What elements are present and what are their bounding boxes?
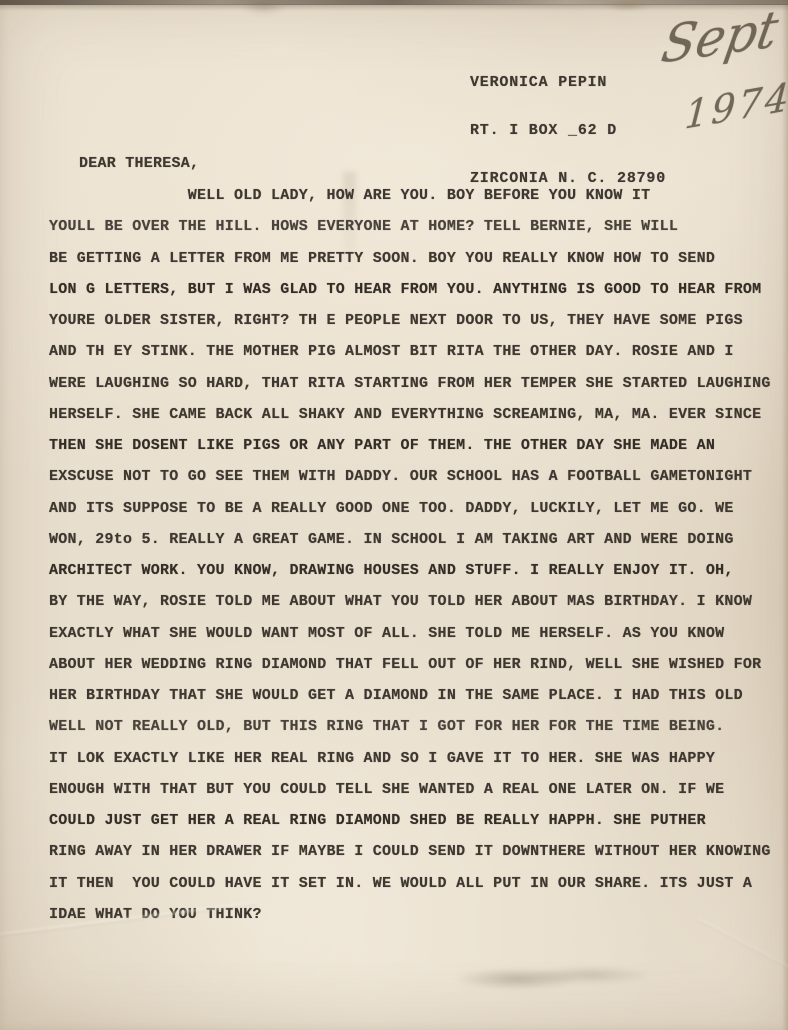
letter-line: LON G LETTERS, BUT I WAS GLAD TO HEAR FR…	[49, 274, 771, 305]
scan-artifact-smudge-top	[233, 0, 295, 20]
letter-line: AND TH EY STINK. THE MOTHER PIG ALMOST B…	[49, 336, 771, 367]
letter-line: YOURE OLDER SISTER, RIGHT? TH E PEOPLE N…	[49, 305, 771, 336]
letter-line: THEN SHE DOSENT LIKE PIGS OR ANY PART OF…	[49, 430, 771, 461]
handwritten-date-month: Sept	[657, 0, 782, 75]
scan-top-edge	[0, 0, 788, 5]
scan-top-edge-fade	[0, 4, 788, 11]
scan-artifact-ink-transfer	[450, 958, 645, 996]
letter-line: WON, 29to 5. REALLY A GREAT GAME. IN SCH…	[49, 524, 771, 555]
letter-line: BY THE WAY, ROSIE TOLD ME ABOUT WHAT YOU…	[49, 586, 771, 617]
letter-line: EXSCUSE NOT TO GO SEE THEM WITH DADDY. O…	[49, 461, 771, 492]
salutation: DEAR THERESA,	[79, 148, 199, 179]
scan-artifact-notch-top	[598, 1, 656, 15]
letter-line: IDAE WHAT DO YOU THINK?	[49, 899, 771, 930]
letter-line: AND ITS SUPPOSE TO BE A REALLY GOOD ONE …	[49, 493, 771, 524]
letter-line: ENOUGH WITH THAT BUT YOU COULD TELL SHE …	[49, 774, 771, 805]
letter-line: HER BIRTHDAY THAT SHE WOULD GET A DIAMON…	[49, 680, 771, 711]
handwritten-date-year: 1974	[683, 74, 788, 138]
letter-line: WERE LAUGHING SO HARD, THAT RITA STARTIN…	[49, 368, 771, 399]
letter-line: WELL NOT REALLY OLD, BUT THIS RING THAT …	[49, 711, 771, 742]
letter-line: IT THEN YOU COULD HAVE IT SET IN. WE WOU…	[49, 868, 771, 899]
letter-line: IT LOK EXACTLY LIKE HER REAL RING AND SO…	[49, 743, 771, 774]
letter-page: VERONICA PEPIN RT. I BOX _62 D ZIRCONIA …	[0, 0, 788, 1030]
letter-line: ARCHITECT WORK. YOU KNOW, DRAWING HOUSES…	[49, 555, 771, 586]
letter-line: COULD JUST GET HER A REAL RING DIAMOND S…	[49, 805, 771, 836]
letter-line: EXACTLY WHAT SHE WOULD WANT MOST OF ALL.…	[49, 618, 771, 649]
letter-line: WELL OLD LADY, HOW ARE YOU. BOY BEFORE Y…	[49, 180, 771, 211]
letter-line: HERSELF. SHE CAME BACK ALL SHAKY AND EVE…	[49, 399, 771, 430]
letter-line: RING AWAY IN HER DRAWER IF MAYBE I COULD…	[49, 836, 771, 867]
letter-line: ABOUT HER WEDDING RING DIAMOND THAT FELL…	[49, 649, 771, 680]
sender-address-line-1: RT. I BOX _62 D	[470, 123, 666, 139]
letter-line: YOULL BE OVER THE HILL. HOWS EVERYONE AT…	[49, 211, 771, 242]
letter-line: BE GETTING A LETTER FROM ME PRETTY SOON.…	[49, 243, 771, 274]
letter-body: WELL OLD LADY, HOW ARE YOU. BOY BEFORE Y…	[49, 180, 771, 930]
scan-right-edge-shadow	[782, 0, 788, 1030]
sender-name: VERONICA PEPIN	[470, 75, 666, 91]
